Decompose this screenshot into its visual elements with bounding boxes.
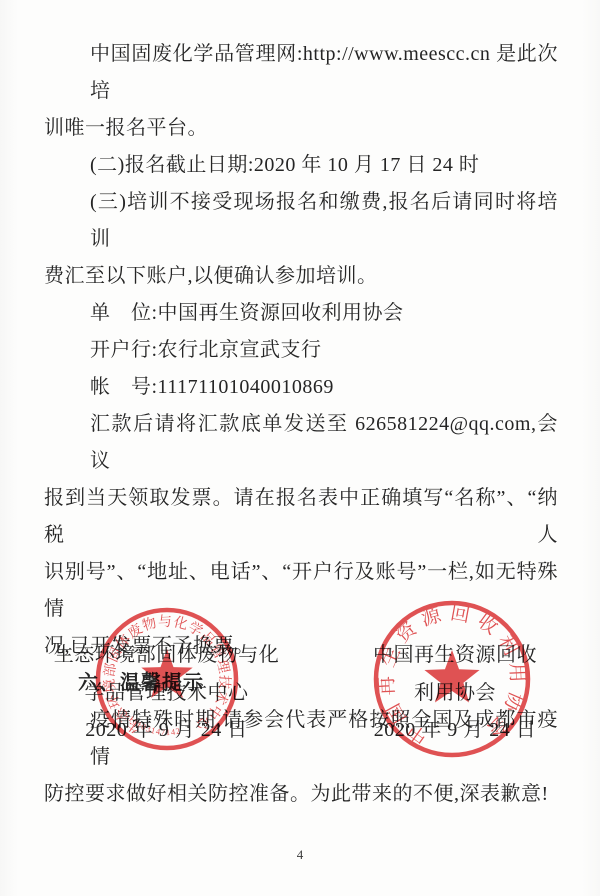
org-name-line: 学品管理技术中心 [44,675,289,713]
org-date: 2020 年 9 月 24 日 [44,712,289,750]
body-line: 防控要求做好相关防控准备。为此带来的不便,深表歉意! [44,776,558,813]
account-unit-line: 单 位:中国再生资源回收利用协会 [44,295,558,332]
account-number-line: 帐 号:11171101040010869 [44,369,558,406]
body-line: 汇款后请将汇款底单发送至 626581224@qq.com,会议 [44,406,558,480]
org-name-line: 利用协会 [360,675,550,713]
body-line: (二)报名截止日期:2020 年 10 月 17 日 24 时 [44,147,558,184]
body-line: 报到当天领取发票。请在报名表中正确填写“名称”、“纳税人 [44,480,558,554]
signature-left: 生态环境部固体废物与化 学品管理技术中心 2020 年 9 月 24 日 [44,637,289,750]
account-bank-line: 开户行:农行北京宣武支行 [44,332,558,369]
page-number: 4 [0,847,600,863]
body-line: 中国固废化学品管理网:http://www.meescc.cn 是此次培 [44,36,558,110]
org-name-line: 中国再生资源回收 [360,637,550,675]
body-line: 识别号”、“地址、电话”、“开户行及账号”一栏,如无特殊情 [44,554,558,628]
body-line: (三)培训不接受现场报名和缴费,报名后请同时将培训 [44,184,558,258]
body-line: 费汇至以下账户,以便确认参加培训。 [44,258,558,295]
body-line: 训唯一报名平台。 [44,110,558,147]
org-date: 2020 年 9 月 24 日 [360,712,550,750]
org-name-line: 生态环境部固体废物与化 [44,637,289,675]
signature-right: 中国再生资源回收 利用协会 2020 年 9 月 24 日 [360,637,550,750]
scanned-document-page: 中国固废化学品管理网:http://www.meescc.cn 是此次培 训唯一… [0,0,600,896]
